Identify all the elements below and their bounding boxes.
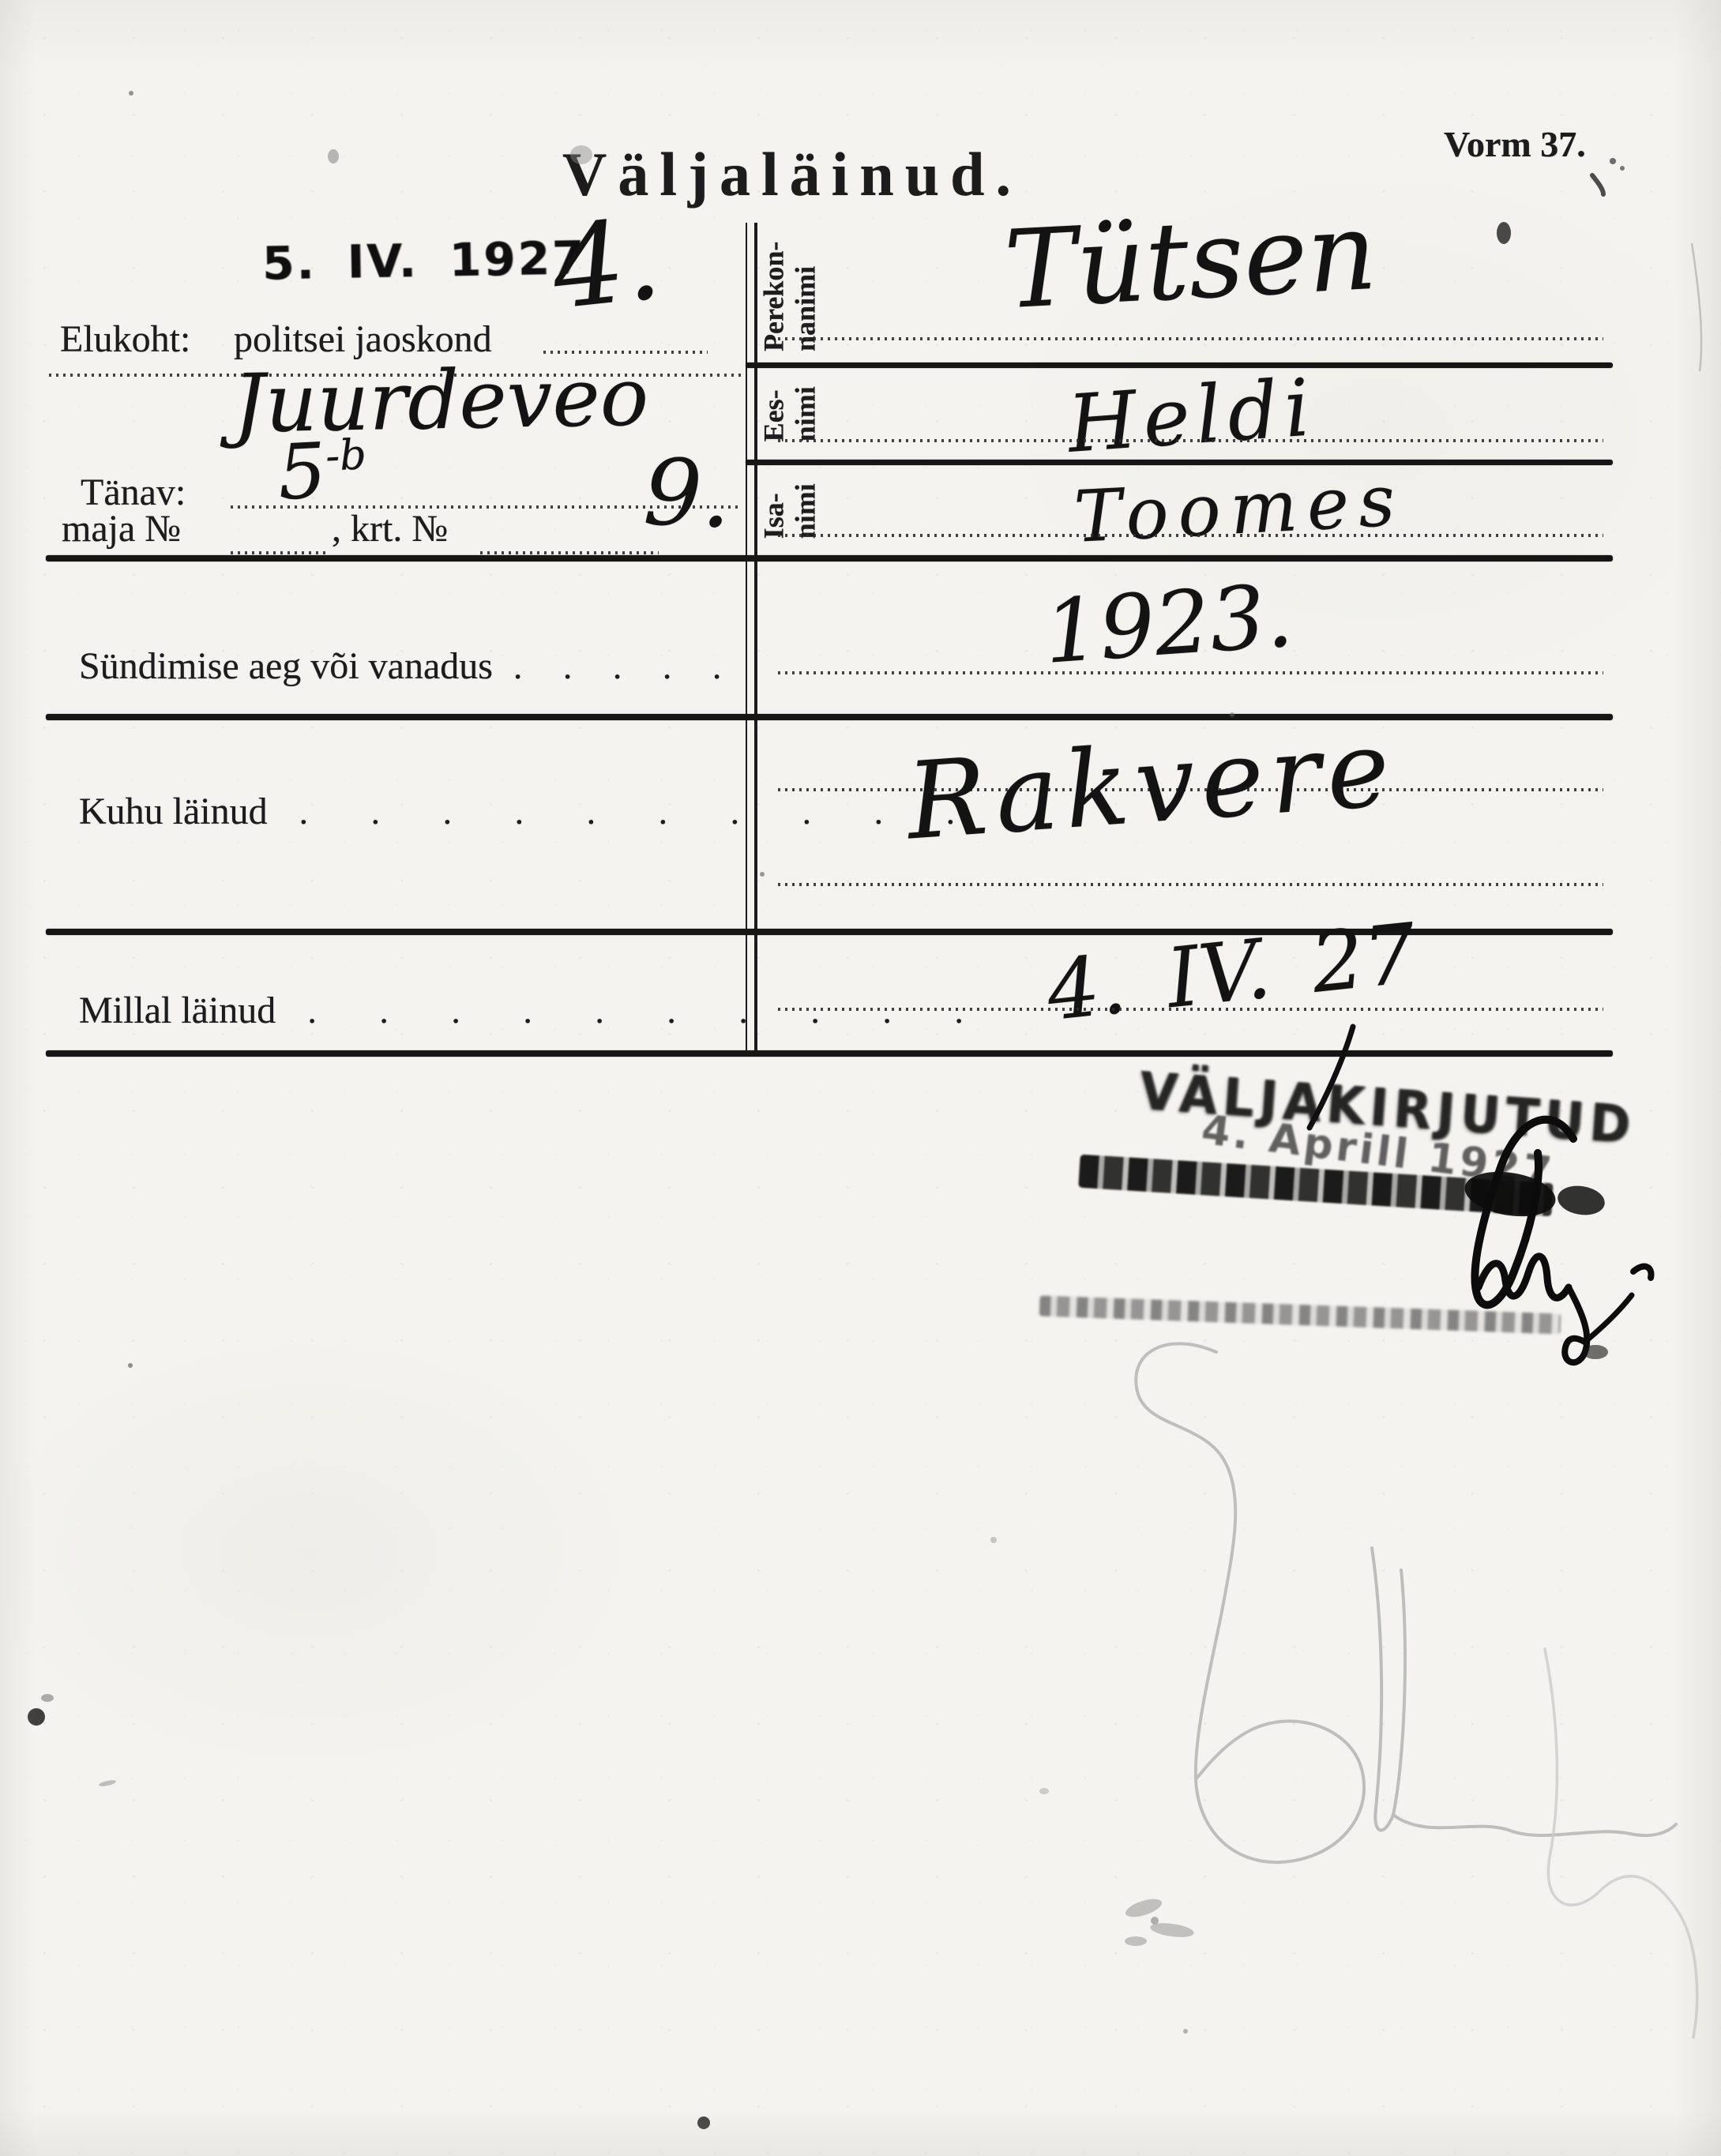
perekonnanimi-value-handwritten: Tütsen bbox=[1001, 190, 1379, 333]
kuhu-fill-line-2 bbox=[778, 883, 1603, 886]
date-received-stamp: 5. IV. 1927 bbox=[261, 231, 586, 290]
field-kuhu-label: Kuhu läinud bbox=[79, 791, 268, 832]
krt-fill-line bbox=[480, 551, 659, 554]
eesnimi-fill-line bbox=[778, 439, 1603, 442]
maja-fill-line bbox=[231, 551, 327, 554]
eesnimi-value-handwritten: Heldi bbox=[1065, 361, 1319, 471]
maja-value-handwritten: 5-b bbox=[276, 424, 369, 517]
field-isanimi-label: Isa-nimi bbox=[750, 466, 829, 556]
form-number: Vorm 37. bbox=[1444, 123, 1586, 165]
field-maja-label: maja № bbox=[62, 507, 181, 550]
isanimi-value-handwritten: Toomes bbox=[1073, 459, 1407, 559]
field-sundimine-row: Sündimise aeg või vanadus. . . . . bbox=[79, 644, 737, 688]
scanned-registration-card: Väljaläinud. Vorm 37. 5. IV. 1927 Elukoh… bbox=[0, 0, 1721, 2156]
millal-value-handwritten: 4. IV. 27 bbox=[1043, 905, 1421, 1039]
pencil-scribble-faint bbox=[1545, 1649, 1697, 2038]
krt-value-handwritten: 9. bbox=[642, 439, 733, 549]
sundimine-value-handwritten: 1923. bbox=[1041, 565, 1296, 683]
pencil-smudge bbox=[1123, 1895, 1194, 1946]
pencil-scribble bbox=[1136, 1343, 1676, 1862]
field-perekonnanimi-label: Perekon-nanimi bbox=[750, 229, 829, 363]
field-eesnimi-label: Ees-nimi bbox=[750, 368, 829, 460]
horizontal-rule-full-4 bbox=[46, 1050, 1613, 1057]
kuhu-value-handwritten: Rakvere bbox=[903, 707, 1400, 864]
horizontal-rule-right-2 bbox=[746, 460, 1613, 465]
horizontal-rule-full-1 bbox=[46, 555, 1613, 562]
field-sundimine-label: Sündimise aeg või vanadus bbox=[79, 645, 493, 687]
sundimine-fill-line bbox=[778, 671, 1603, 674]
stamp-smudge-trail bbox=[1039, 1295, 1561, 1334]
field-kuhu-row: Kuhu läinud. . . . . . . . . . bbox=[79, 790, 982, 833]
field-krt-label: , krt. № bbox=[332, 507, 448, 550]
isanimi-fill-line bbox=[778, 534, 1603, 537]
sundimine-leader-dots: . . . . . bbox=[513, 646, 738, 686]
field-millal-label: Millal läinud bbox=[79, 990, 276, 1031]
perekonnanimi-fill-line bbox=[778, 337, 1603, 340]
field-elukoht-label: Elukoht: bbox=[60, 317, 190, 361]
elukoht-value-handwritten: 4. bbox=[547, 193, 667, 334]
horizontal-rule-right-1 bbox=[746, 362, 1613, 368]
kuhu-leader-dots: . . . . . . . . . . bbox=[299, 791, 983, 832]
millal-fill-line bbox=[778, 1008, 1603, 1011]
